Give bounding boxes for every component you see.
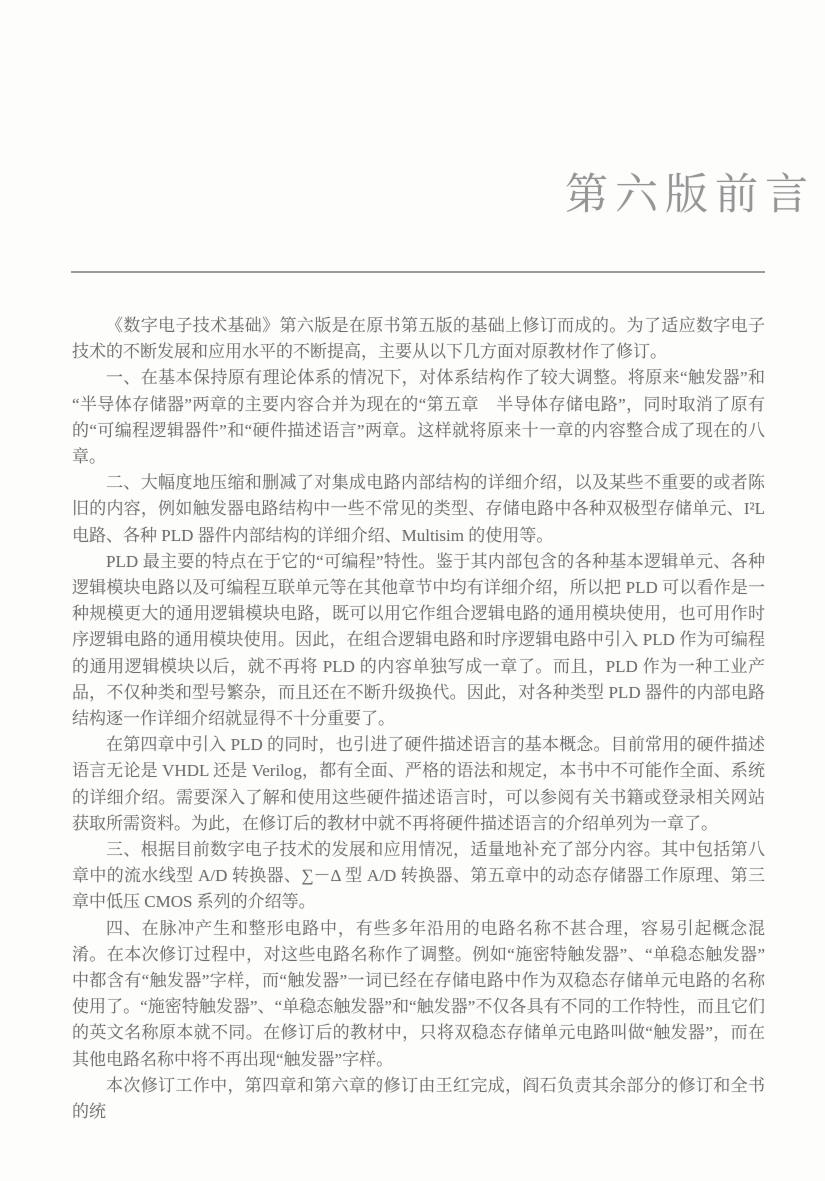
paragraph-point-2: 二、大幅度地压缩和删减了对集成电路内部结构的详细介绍，以及某些不重要的或者陈旧的… [72, 470, 765, 549]
paragraph-credits: 本次修订工作中，第四章和第六章的修订由王红完成，阎石负责其余部分的修订和全书的统 [72, 1073, 765, 1125]
title-divider [71, 271, 765, 273]
paragraph-point-1: 一、在基本保持原有理论体系的情况下，对体系结构作了较大调整。将原来“触发器”和“… [72, 365, 765, 470]
paragraph-point-3: 三、根据目前数字电子技术的发展和应用情况，适量地补充了部分内容。其中包括第八章中… [72, 837, 765, 916]
book-page: 第六版前言 《数字电子技术基础》第六版是在原书第五版的基础上修订而成的。为了适应… [0, 0, 825, 1181]
preface-body: 《数字电子技术基础》第六版是在原书第五版的基础上修订而成的。为了适应数字电子技术… [72, 313, 765, 1125]
page-title: 第六版前言 [565, 161, 815, 222]
paragraph-point-4: 四、在脉冲产生和整形电路中，有些多年沿用的电路名称不甚合理，容易引起概念混淆。在… [72, 916, 765, 1073]
paragraph-hdl: 在第四章中引入 PLD 的同时，也引进了硬件描述语言的基本概念。目前常用的硬件描… [72, 732, 765, 837]
paragraph-pld: PLD 最主要的特点在于它的“可编程”特性。鉴于其内部包含的各种基本逻辑单元、各… [72, 549, 765, 732]
paragraph-intro: 《数字电子技术基础》第六版是在原书第五版的基础上修订而成的。为了适应数字电子技术… [72, 313, 765, 365]
